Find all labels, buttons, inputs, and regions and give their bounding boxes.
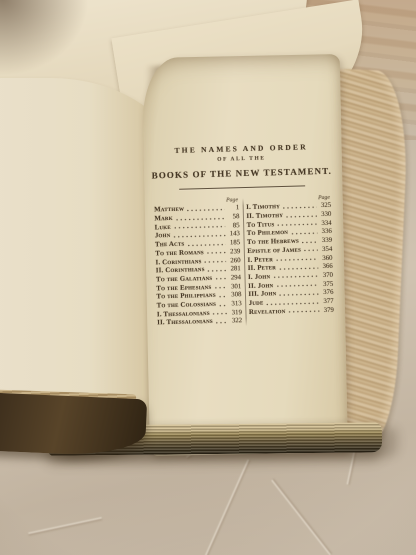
toc-entry: Revelation379 — [249, 306, 334, 317]
photo-scene: THE NAMES AND ORDER OF ALL THE BOOKS OF … — [0, 0, 416, 555]
page-number: 319 — [229, 309, 242, 318]
page-number: 325 — [318, 202, 331, 211]
printed-content: THE NAMES AND ORDER OF ALL THE BOOKS OF … — [150, 142, 337, 329]
page-number: 376 — [320, 289, 333, 298]
right-book-page: THE NAMES AND ORDER OF ALL THE BOOKS OF … — [142, 54, 348, 456]
page-number: 354 — [319, 246, 332, 255]
dot-leader — [212, 309, 227, 318]
page-number: 322 — [229, 318, 242, 327]
page-number: 334 — [319, 219, 332, 228]
page-number: 301 — [228, 283, 241, 292]
page-number: 1 — [226, 204, 239, 213]
dot-leader — [213, 283, 226, 292]
header-rule — [179, 185, 305, 190]
page-number: 370 — [320, 272, 333, 281]
page-number: 185 — [227, 239, 240, 248]
page-number: 330 — [318, 211, 331, 220]
page-number: 379 — [321, 306, 334, 315]
page-number: 143 — [227, 231, 240, 240]
header-books-of-new-testament: BOOKS OF THE NEW TESTAMENT. — [151, 166, 333, 182]
dot-leader — [218, 301, 227, 310]
contents-table: Page Matthew1Mark58Luke85John143The Acts… — [151, 195, 336, 329]
dot-leader — [287, 307, 319, 317]
dot-leader — [218, 292, 227, 301]
header-of-all-the: OF ALL THE — [150, 154, 332, 166]
book-name: II. Thessalonians — [157, 318, 213, 328]
toc-column-left: Page Matthew1Mark58Luke85John143The Acts… — [154, 197, 242, 328]
page-number: 239 — [227, 248, 240, 257]
page-number: 308 — [228, 291, 241, 300]
toc-entry: II. Thessalonians322 — [157, 318, 242, 329]
toc-column-right: Page I. Timothy325II. Timothy330To Titus… — [246, 195, 334, 326]
toc-rows-right: I. Timothy325II. Timothy330To Titus334To… — [246, 202, 334, 317]
page-number: 85 — [227, 222, 240, 231]
surface-crease — [271, 479, 331, 555]
page-number: 58 — [226, 213, 239, 222]
page-number: 313 — [229, 300, 242, 309]
page-number: 281 — [228, 265, 241, 274]
page-number: 260 — [227, 257, 240, 266]
page-number: 377 — [321, 298, 334, 307]
surface-crease — [28, 517, 102, 535]
surface-crease — [205, 459, 250, 555]
page-number: 360 — [319, 254, 332, 263]
page-number: 366 — [320, 263, 333, 272]
page-number: 339 — [319, 237, 332, 246]
corner-shadow — [0, 0, 96, 82]
page-number: 375 — [320, 280, 333, 289]
toc-rows-left: Matthew1Mark58Luke85John143The Acts185To… — [154, 204, 242, 328]
page-number: 294 — [228, 274, 241, 283]
book-name: Revelation — [249, 308, 286, 318]
page-number: 336 — [319, 228, 332, 237]
dot-leader — [303, 246, 318, 255]
dot-leader — [214, 274, 226, 283]
dot-leader — [215, 318, 228, 327]
book-name: Jude — [249, 300, 264, 309]
